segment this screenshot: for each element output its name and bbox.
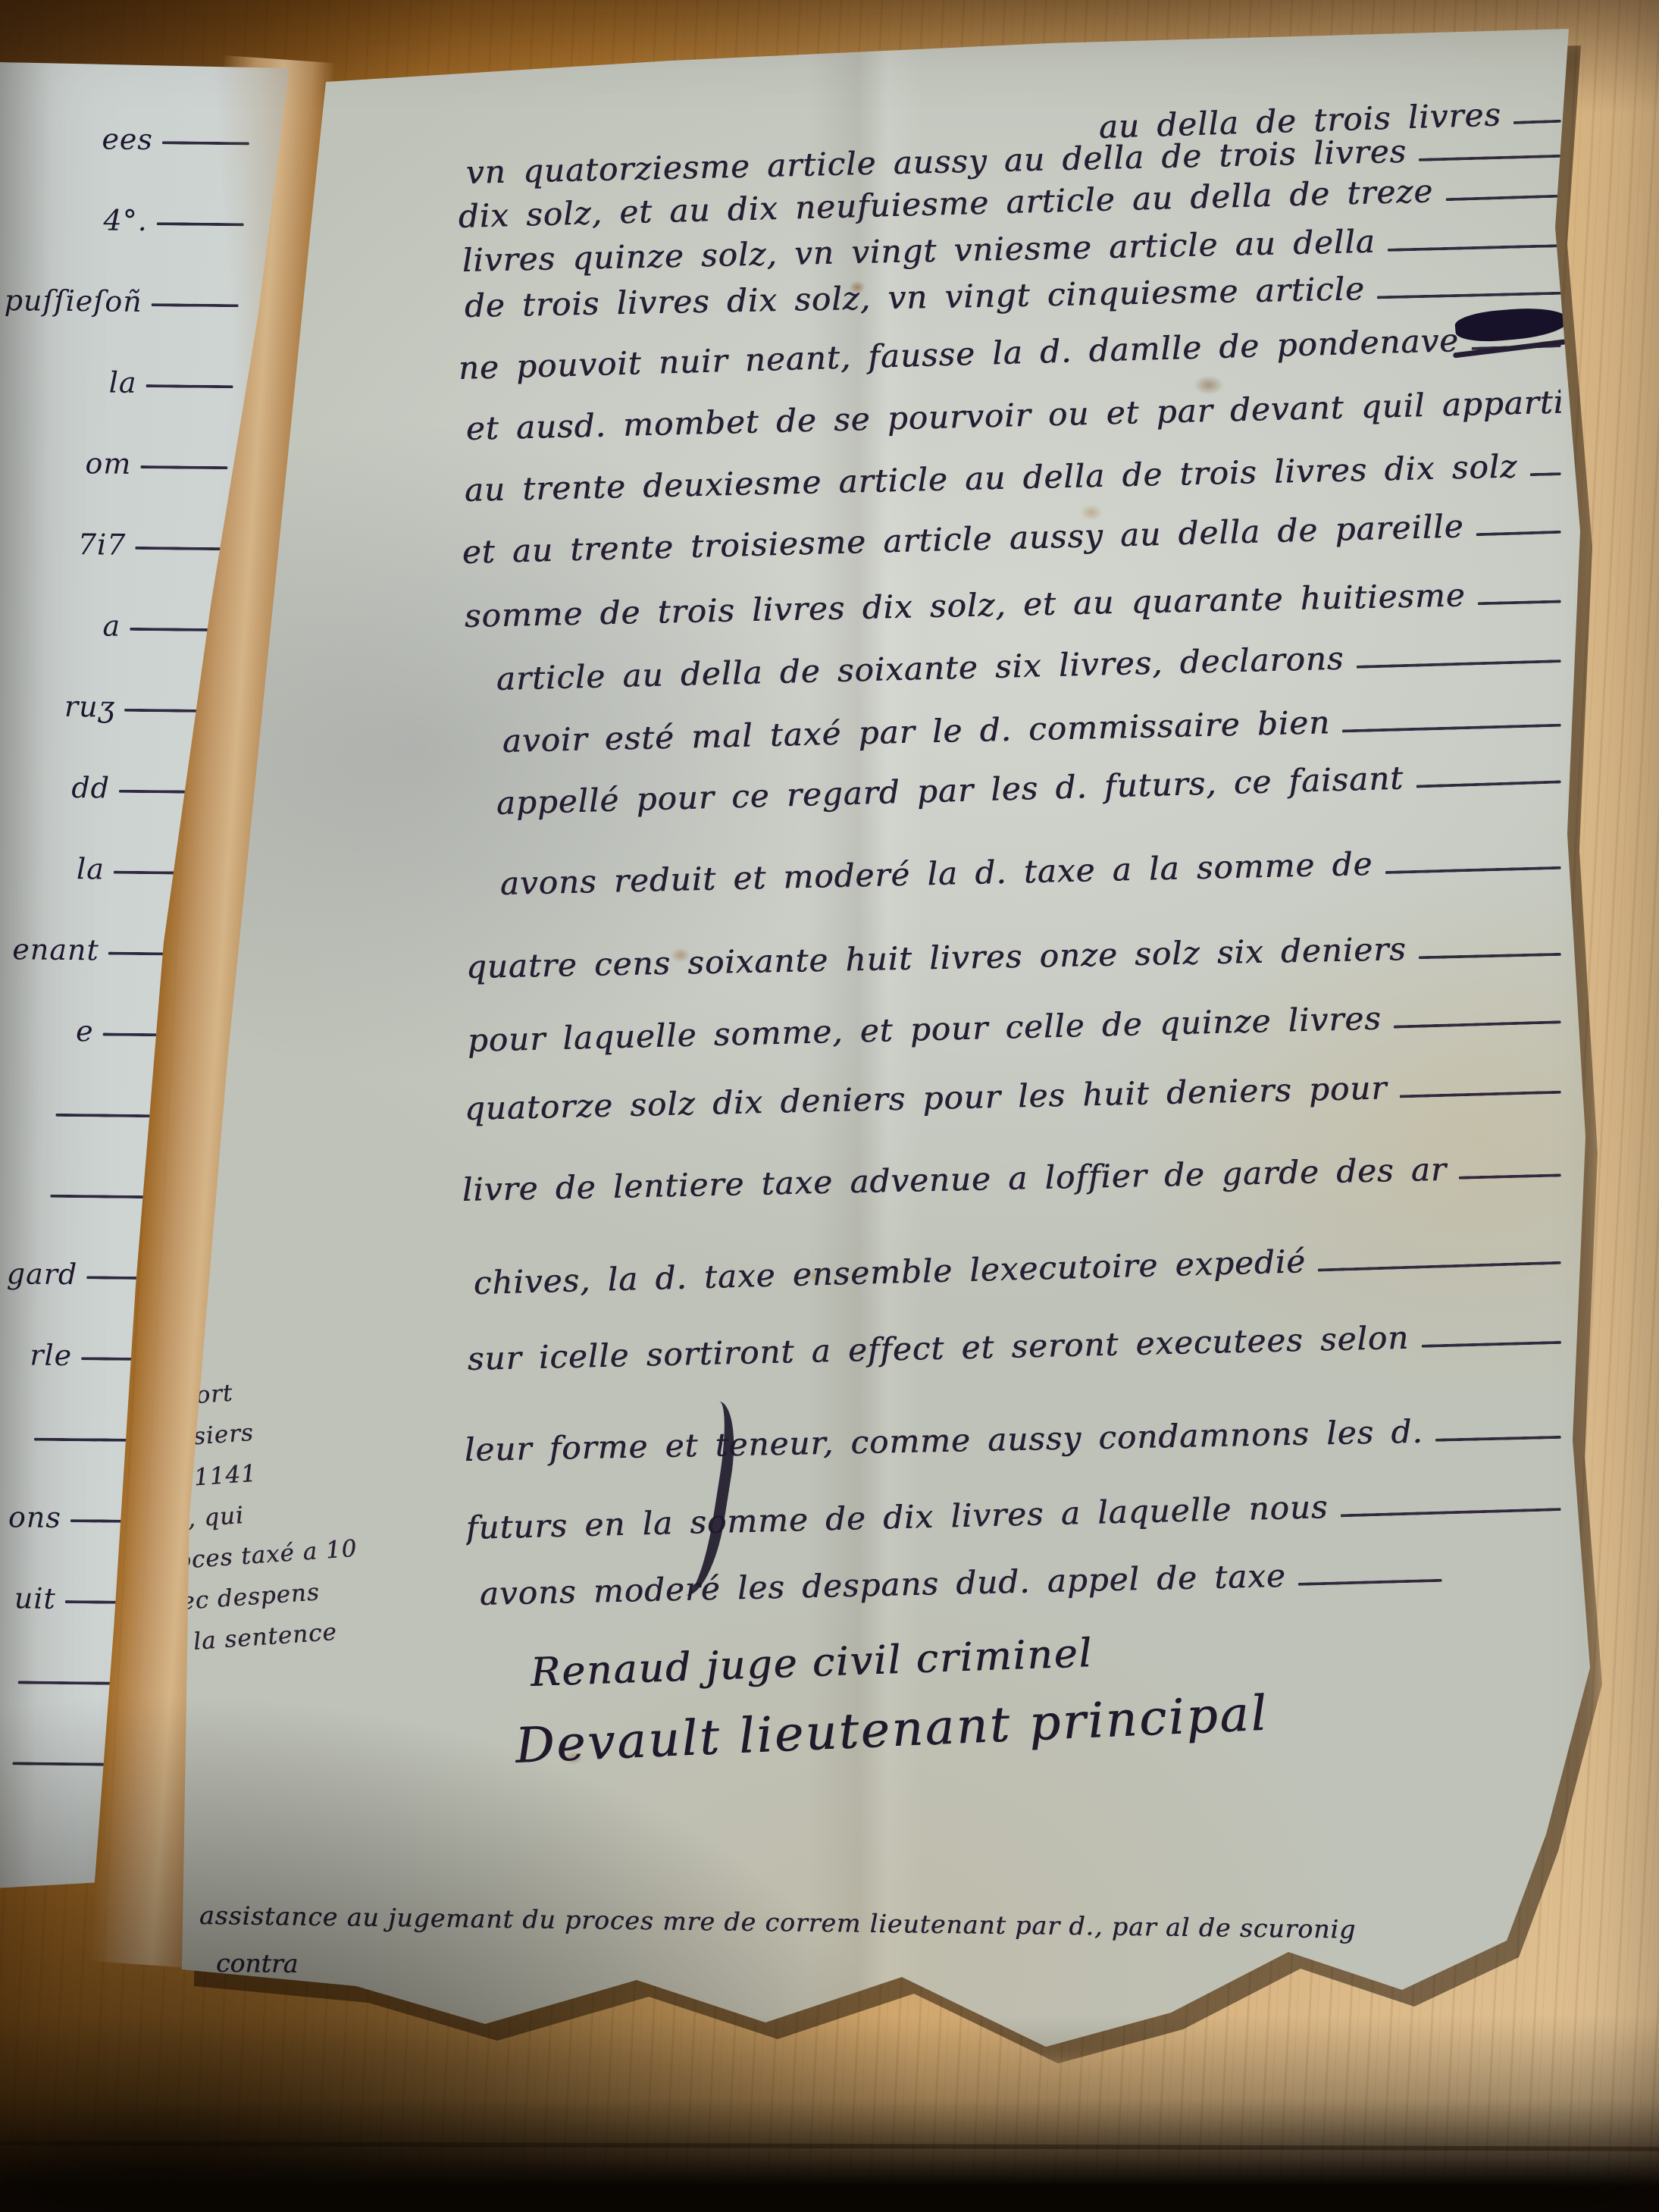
line-filler-dash [1529, 472, 1560, 476]
manuscript-line: chives, la d. taxe ensemble lexecutoire … [473, 1236, 1561, 1313]
line-filler-dash [1435, 1436, 1561, 1442]
manuscript-line: futurs en la somme de dix livres a laque… [465, 1483, 1561, 1558]
line-filler-dash [1399, 1091, 1560, 1098]
line-filler-dash [1341, 1508, 1561, 1517]
fragment-text: 4°. [103, 203, 148, 237]
fragment-text: ees [102, 122, 153, 156]
line-filler-dash [1478, 600, 1561, 605]
line-text: quatorze solz dix deniers pour les huit … [464, 1069, 1387, 1127]
manuscript-line: et ausd. mombet de se pourvoir ou et par… [465, 384, 1561, 459]
line-filler-dash [1419, 155, 1561, 161]
manuscript-line: leur forme et teneur, comme aussy condam… [464, 1410, 1561, 1480]
fragment-line: 4°. [0, 202, 244, 244]
fragment-text: la [77, 852, 105, 885]
fragment-line: dd [0, 770, 206, 812]
line-filler-dash [1298, 1579, 1442, 1586]
line-text: et au trente troisiesme article aussy au… [462, 507, 1464, 571]
line-text: pour laquelle somme, et pour celle de qu… [467, 1000, 1382, 1059]
fragment-filler-dash [146, 384, 233, 388]
fragment-line: puſſieſoñ [0, 284, 239, 325]
line-filler-dash [1459, 1173, 1561, 1179]
manuscript-line: quatorze solz dix deniers pour les huit … [464, 1065, 1561, 1139]
line-filler-dash [1476, 531, 1561, 536]
fragment-text: om [85, 446, 131, 481]
manuscript-line: article au della de soixante six livres,… [496, 634, 1561, 709]
line-filler-dash [1394, 1020, 1561, 1028]
line-text: sur icelle sortiront a effect et seront … [467, 1319, 1409, 1377]
line-text: leur forme et teneur, comme aussy condam… [464, 1413, 1423, 1468]
line-text: futurs en la somme de dix livres a laque… [465, 1488, 1329, 1546]
line-filler-dash [1416, 780, 1560, 788]
fragment-line: la [0, 365, 233, 406]
fragment-text: rle [30, 1339, 72, 1373]
line-text: avons reduit et moderé la d. taxe a la s… [499, 845, 1373, 902]
fragment-text: 7i7 [78, 528, 127, 562]
fragment-text: ons [8, 1500, 61, 1534]
fragment-line: a [0, 608, 217, 650]
fragment-line: 7i7 [0, 527, 223, 569]
fragment-text: ruʒ [64, 690, 116, 724]
fragment-text: e [76, 1014, 94, 1048]
line-filler-dash [1385, 866, 1560, 874]
line-filler-dash [1445, 195, 1560, 202]
line-filler-dash [1513, 120, 1561, 124]
signature-judge: Renaud juge civil criminel [530, 1631, 1094, 1696]
manuscript-line: et au trente troisiesme article aussy au… [462, 505, 1561, 582]
fragment-filler-dash [135, 547, 222, 550]
fragment-filler-dash [157, 222, 244, 226]
fragment-text: a [102, 609, 121, 642]
signature-lieutenant: Devault lieutenant principal [514, 1686, 1269, 1775]
line-filler-dash [1342, 724, 1561, 733]
line-text: livre de lentiere taxe advenue a loffier… [462, 1151, 1447, 1208]
manuscript-line: somme de trois livres dix solz, et au qu… [464, 575, 1561, 646]
fragment-text: enant [12, 932, 99, 967]
line-filler-dash [1318, 1261, 1561, 1272]
manuscript-line: avons reduit et moderé la d. taxe a la s… [499, 841, 1561, 913]
fragment-filler-dash [162, 141, 249, 145]
line-text: article au della de soixante six livres,… [496, 640, 1344, 697]
line-text: avons moderé les despans dud. appel de t… [479, 1557, 1286, 1612]
fragment-text: uit [14, 1581, 56, 1615]
line-filler-dash [1419, 953, 1561, 959]
footer-annotation: assistance au jugemant du proces mre de … [199, 1900, 1357, 1944]
fragment-line: la [0, 851, 201, 893]
manuscript-line: sur icelle sortiront a effect et seront … [467, 1315, 1561, 1389]
fragment-line: ees [0, 121, 249, 163]
line-text: somme de trois livres dix solz, et au qu… [464, 576, 1466, 634]
fragment-filler-dash [152, 303, 239, 307]
fragment-text: dd [71, 771, 110, 805]
manuscript-photo: ees4°.puſſieſoñlaom7i7aruʒddlaenantegard… [0, 0, 1659, 2212]
manuscript-page: au della de trois livresvn quatorziesme … [140, 19, 1592, 2051]
line-text: appellé pour ce regard par les d. futurs… [496, 760, 1404, 822]
wood-seam-line [0, 2141, 1659, 2151]
fragment-text: la [109, 366, 137, 399]
fragment-text: puſſieſoñ [4, 284, 142, 318]
manuscript-line: avons moderé les despans dud. appel de t… [479, 1553, 1442, 1624]
fragment-line: ruʒ [0, 689, 211, 731]
line-text: quatre cens soixante huit livres onze so… [465, 930, 1407, 985]
line-text: chives, la d. taxe ensemble lexecutoire … [473, 1242, 1306, 1302]
line-filler-dash [1388, 244, 1561, 252]
manuscript-line: quatre cens soixante huit livres onze so… [465, 927, 1561, 997]
line-filler-dash [1356, 660, 1560, 669]
fragment-text: gard [7, 1257, 78, 1291]
fragment-filler-dash [130, 628, 217, 631]
manuscript-line: livre de lentiere taxe advenue a loffier… [462, 1148, 1561, 1220]
line-filler-dash [1377, 292, 1561, 299]
fragment-line: om [0, 446, 228, 487]
line-text: avoir esté mal taxé par le d. commissair… [502, 703, 1330, 760]
line-text: au trente deuxiesme article au della de … [464, 447, 1517, 509]
manuscript-line: pour laquelle somme, et pour celle de qu… [467, 995, 1561, 1070]
fragment-filler-dash [140, 465, 227, 469]
line-filler-dash [1421, 1341, 1561, 1348]
